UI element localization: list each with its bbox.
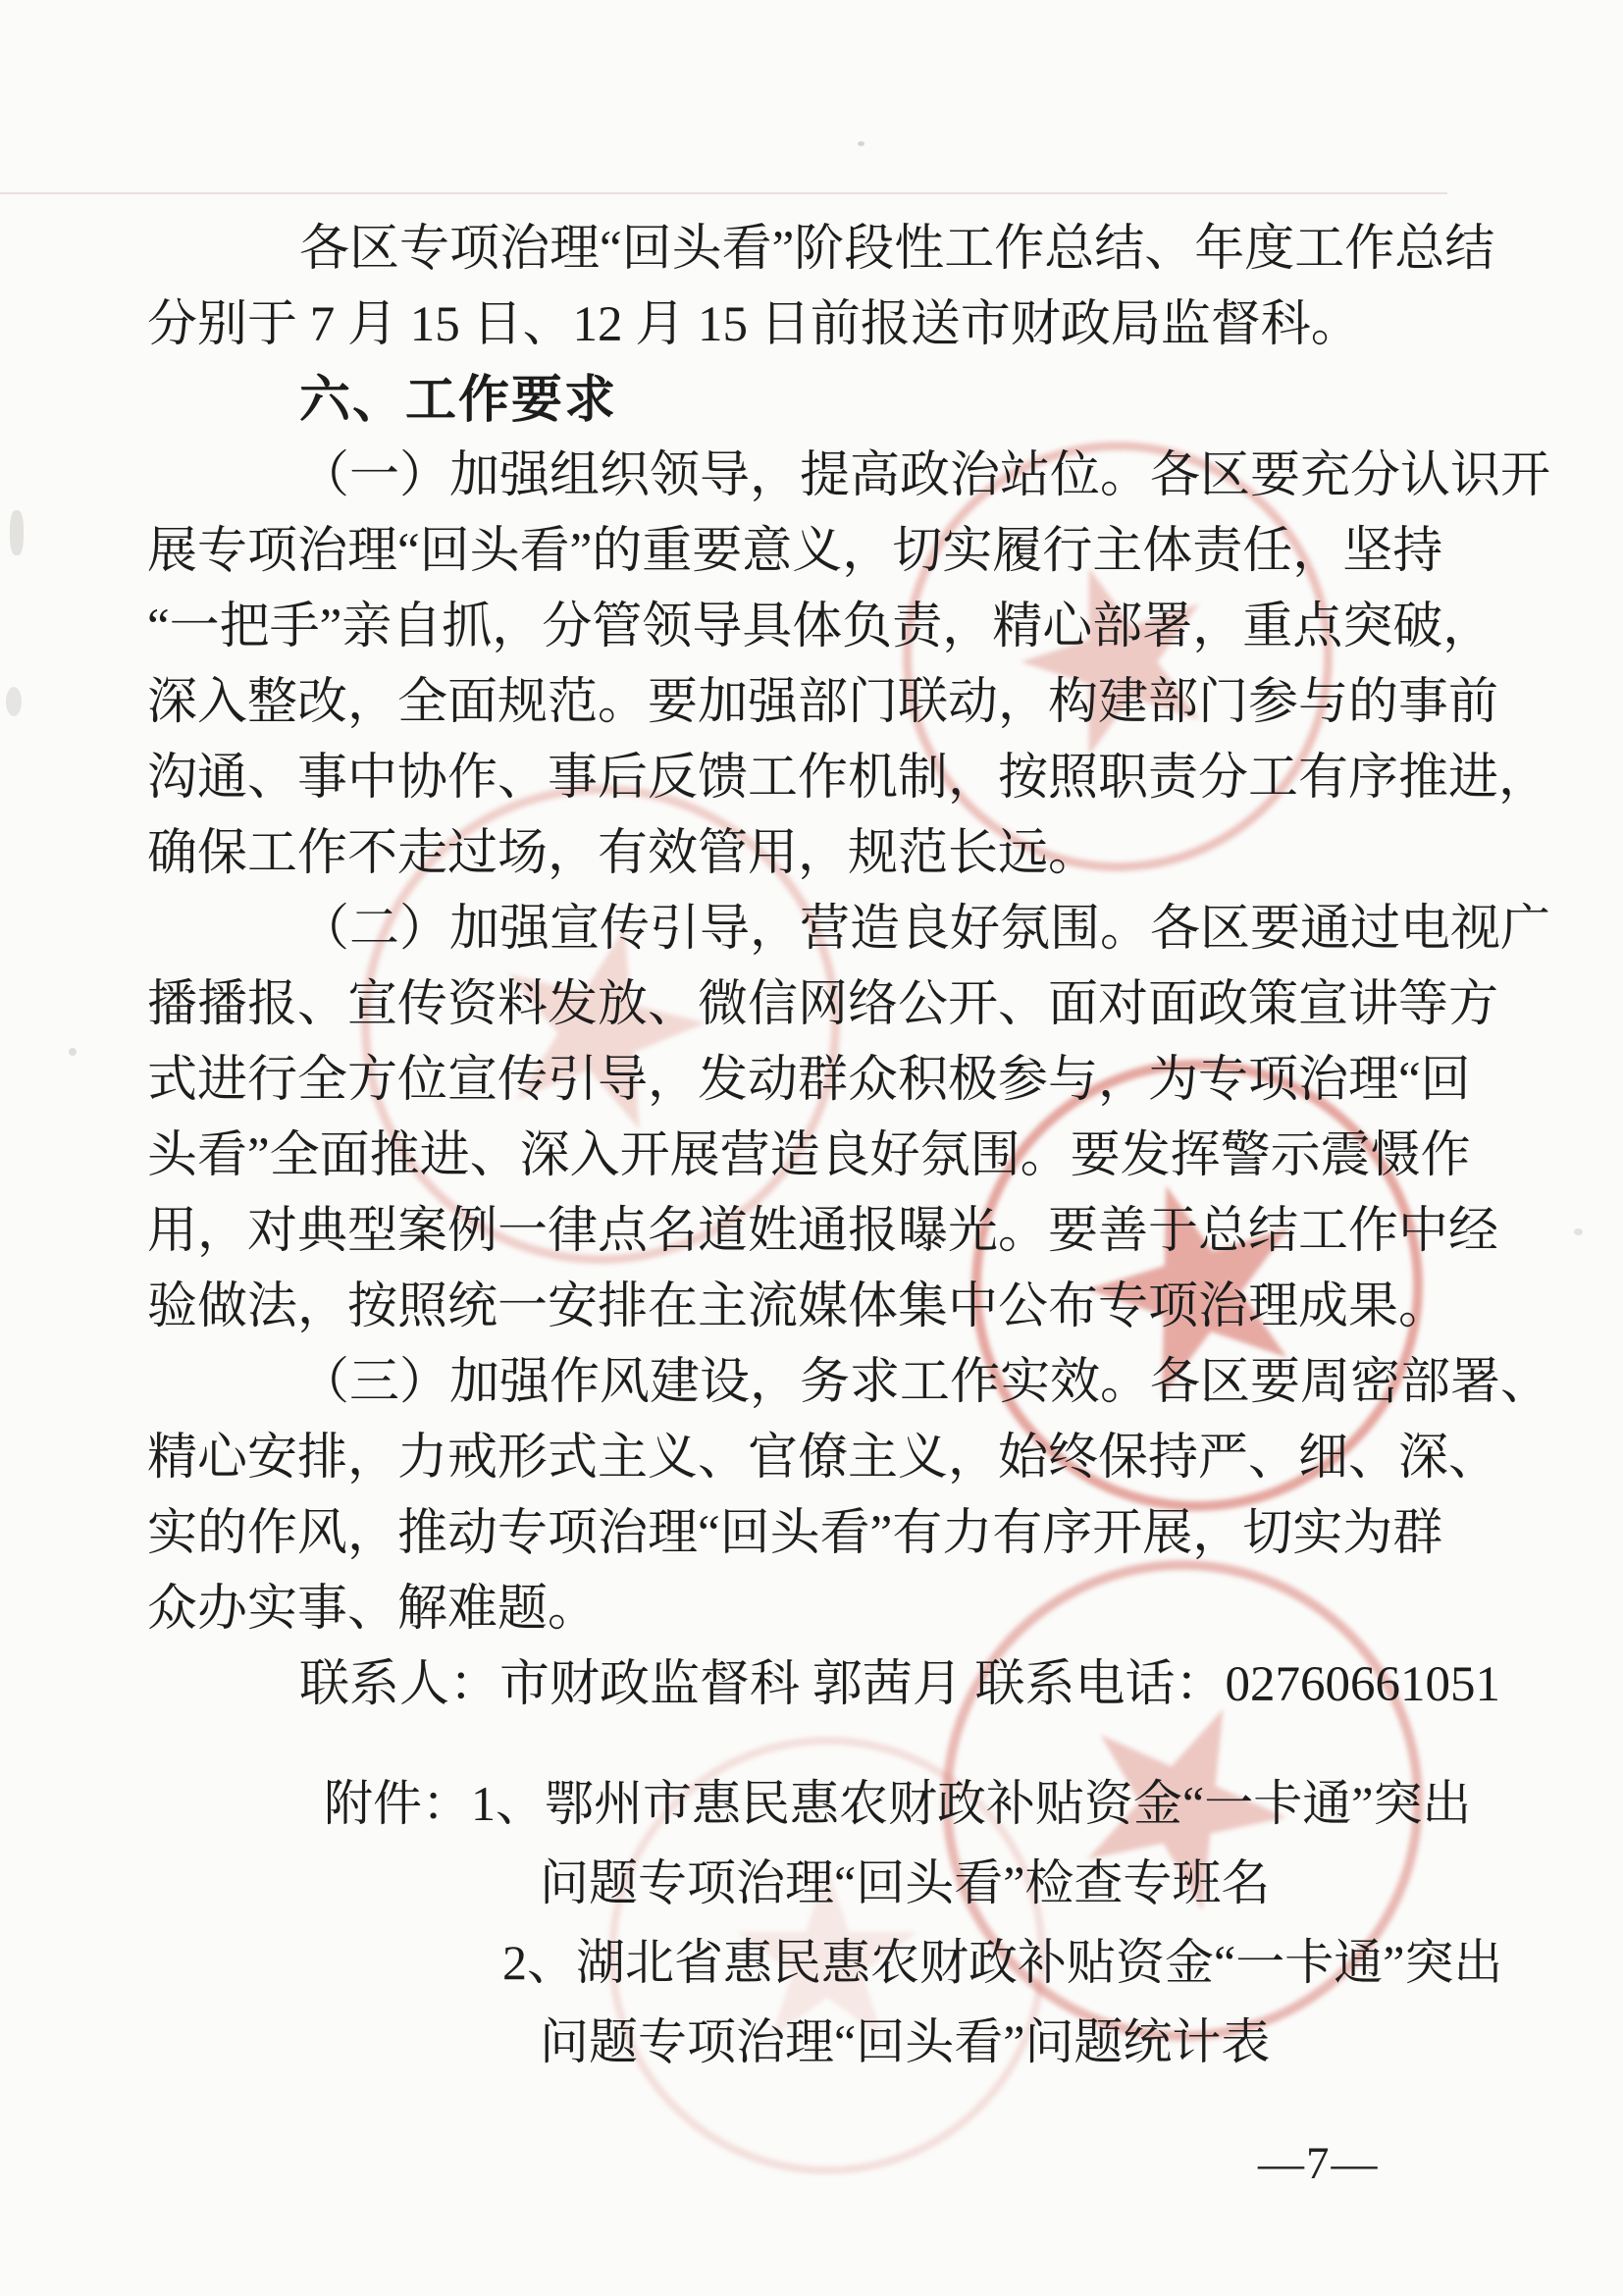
text-line: 播播报、宣传资料发放、微信网络公开、面对面政策宣讲等方 — [147, 967, 1541, 1043]
document-body: 各区专项治理“回头看”阶段性工作总结、年度工作总结分别于 7 月 15 日、12… — [147, 212, 1541, 1723]
text-line: 分别于 7 月 15 日、12 月 15 日前报送市财政局监督科。 — [147, 287, 1541, 363]
scan-artifact-line — [0, 192, 1447, 194]
page-number: —7— — [1258, 2137, 1380, 2190]
attachment-line: 问题专项治理“回头看”检查专班名 — [147, 1844, 1570, 1923]
text-line: 联系人：市财政监督科 郭茜月 联系电话：02760661051 — [147, 1647, 1541, 1723]
text-line: 验做法，按照统一安排在主流媒体集中公布专项治理成果。 — [147, 1270, 1541, 1345]
attachment-line: 2、湖北省惠民惠农财政补贴资金“一卡通”突出 — [147, 1923, 1570, 2003]
text-line: 沟通、事中协作、事后反馈工作机制，按照职责分工有序推进， — [147, 741, 1541, 816]
scan-speck — [6, 687, 22, 716]
scan-speck — [1574, 1228, 1583, 1235]
text-line: （二）加强宣传引导，营造良好氛围。各区要通过电视广 — [147, 892, 1541, 967]
text-line: 用，对典型案例一律点名道姓通报曝光。要善于总结工作中经 — [147, 1194, 1541, 1270]
scan-speck — [858, 141, 864, 146]
text-line: 头看”全面推进、深入开展营造良好氛围。要发挥警示震慑作 — [147, 1119, 1541, 1194]
text-line: 式进行全方位宣传引导，发动群众积极参与，为专项治理“回 — [147, 1043, 1541, 1119]
text-line: （一）加强组织领导，提高政治站位。各区要充分认识开 — [147, 439, 1541, 514]
document-page: ★ ★ ★ ★ ★ 各区专项治理“回头看”阶段性工作总结、年度工作总结分别于 7… — [0, 0, 1623, 2296]
attachment-list: 附件：1、鄂州市惠民惠农财政补贴资金“一卡通”突出问题专项治理“回头看”检查专班… — [147, 1764, 1570, 2082]
text-line: 六、工作要求 — [147, 363, 1541, 439]
attachment-line: 附件：1、鄂州市惠民惠农财政补贴资金“一卡通”突出 — [147, 1764, 1570, 1844]
text-line: 众办实事、解难题。 — [147, 1572, 1541, 1647]
text-line: 确保工作不走过场，有效管用，规范长远。 — [147, 816, 1541, 892]
text-line: 各区专项治理“回头看”阶段性工作总结、年度工作总结 — [147, 212, 1541, 287]
scan-speck — [10, 510, 24, 555]
text-line: 精心安排，力戒形式主义、官僚主义，始终保持严、细、深、 — [147, 1421, 1541, 1496]
text-line: 实的作风，推动专项治理“回头看”有力有序开展，切实为群 — [147, 1496, 1541, 1572]
text-line: （三）加强作风建设，务求工作实效。各区要周密部署、 — [147, 1345, 1541, 1421]
text-line: 展专项治理“回头看”的重要意义，切实履行主体责任，坚持 — [147, 514, 1541, 590]
attachment-line: 问题专项治理“回头看”问题统计表 — [147, 2003, 1570, 2082]
scan-speck — [69, 1048, 77, 1056]
text-line: “一把手”亲自抓，分管领导具体负责，精心部署，重点突破， — [147, 590, 1541, 665]
text-line: 深入整改，全面规范。要加强部门联动，构建部门参与的事前 — [147, 665, 1541, 741]
